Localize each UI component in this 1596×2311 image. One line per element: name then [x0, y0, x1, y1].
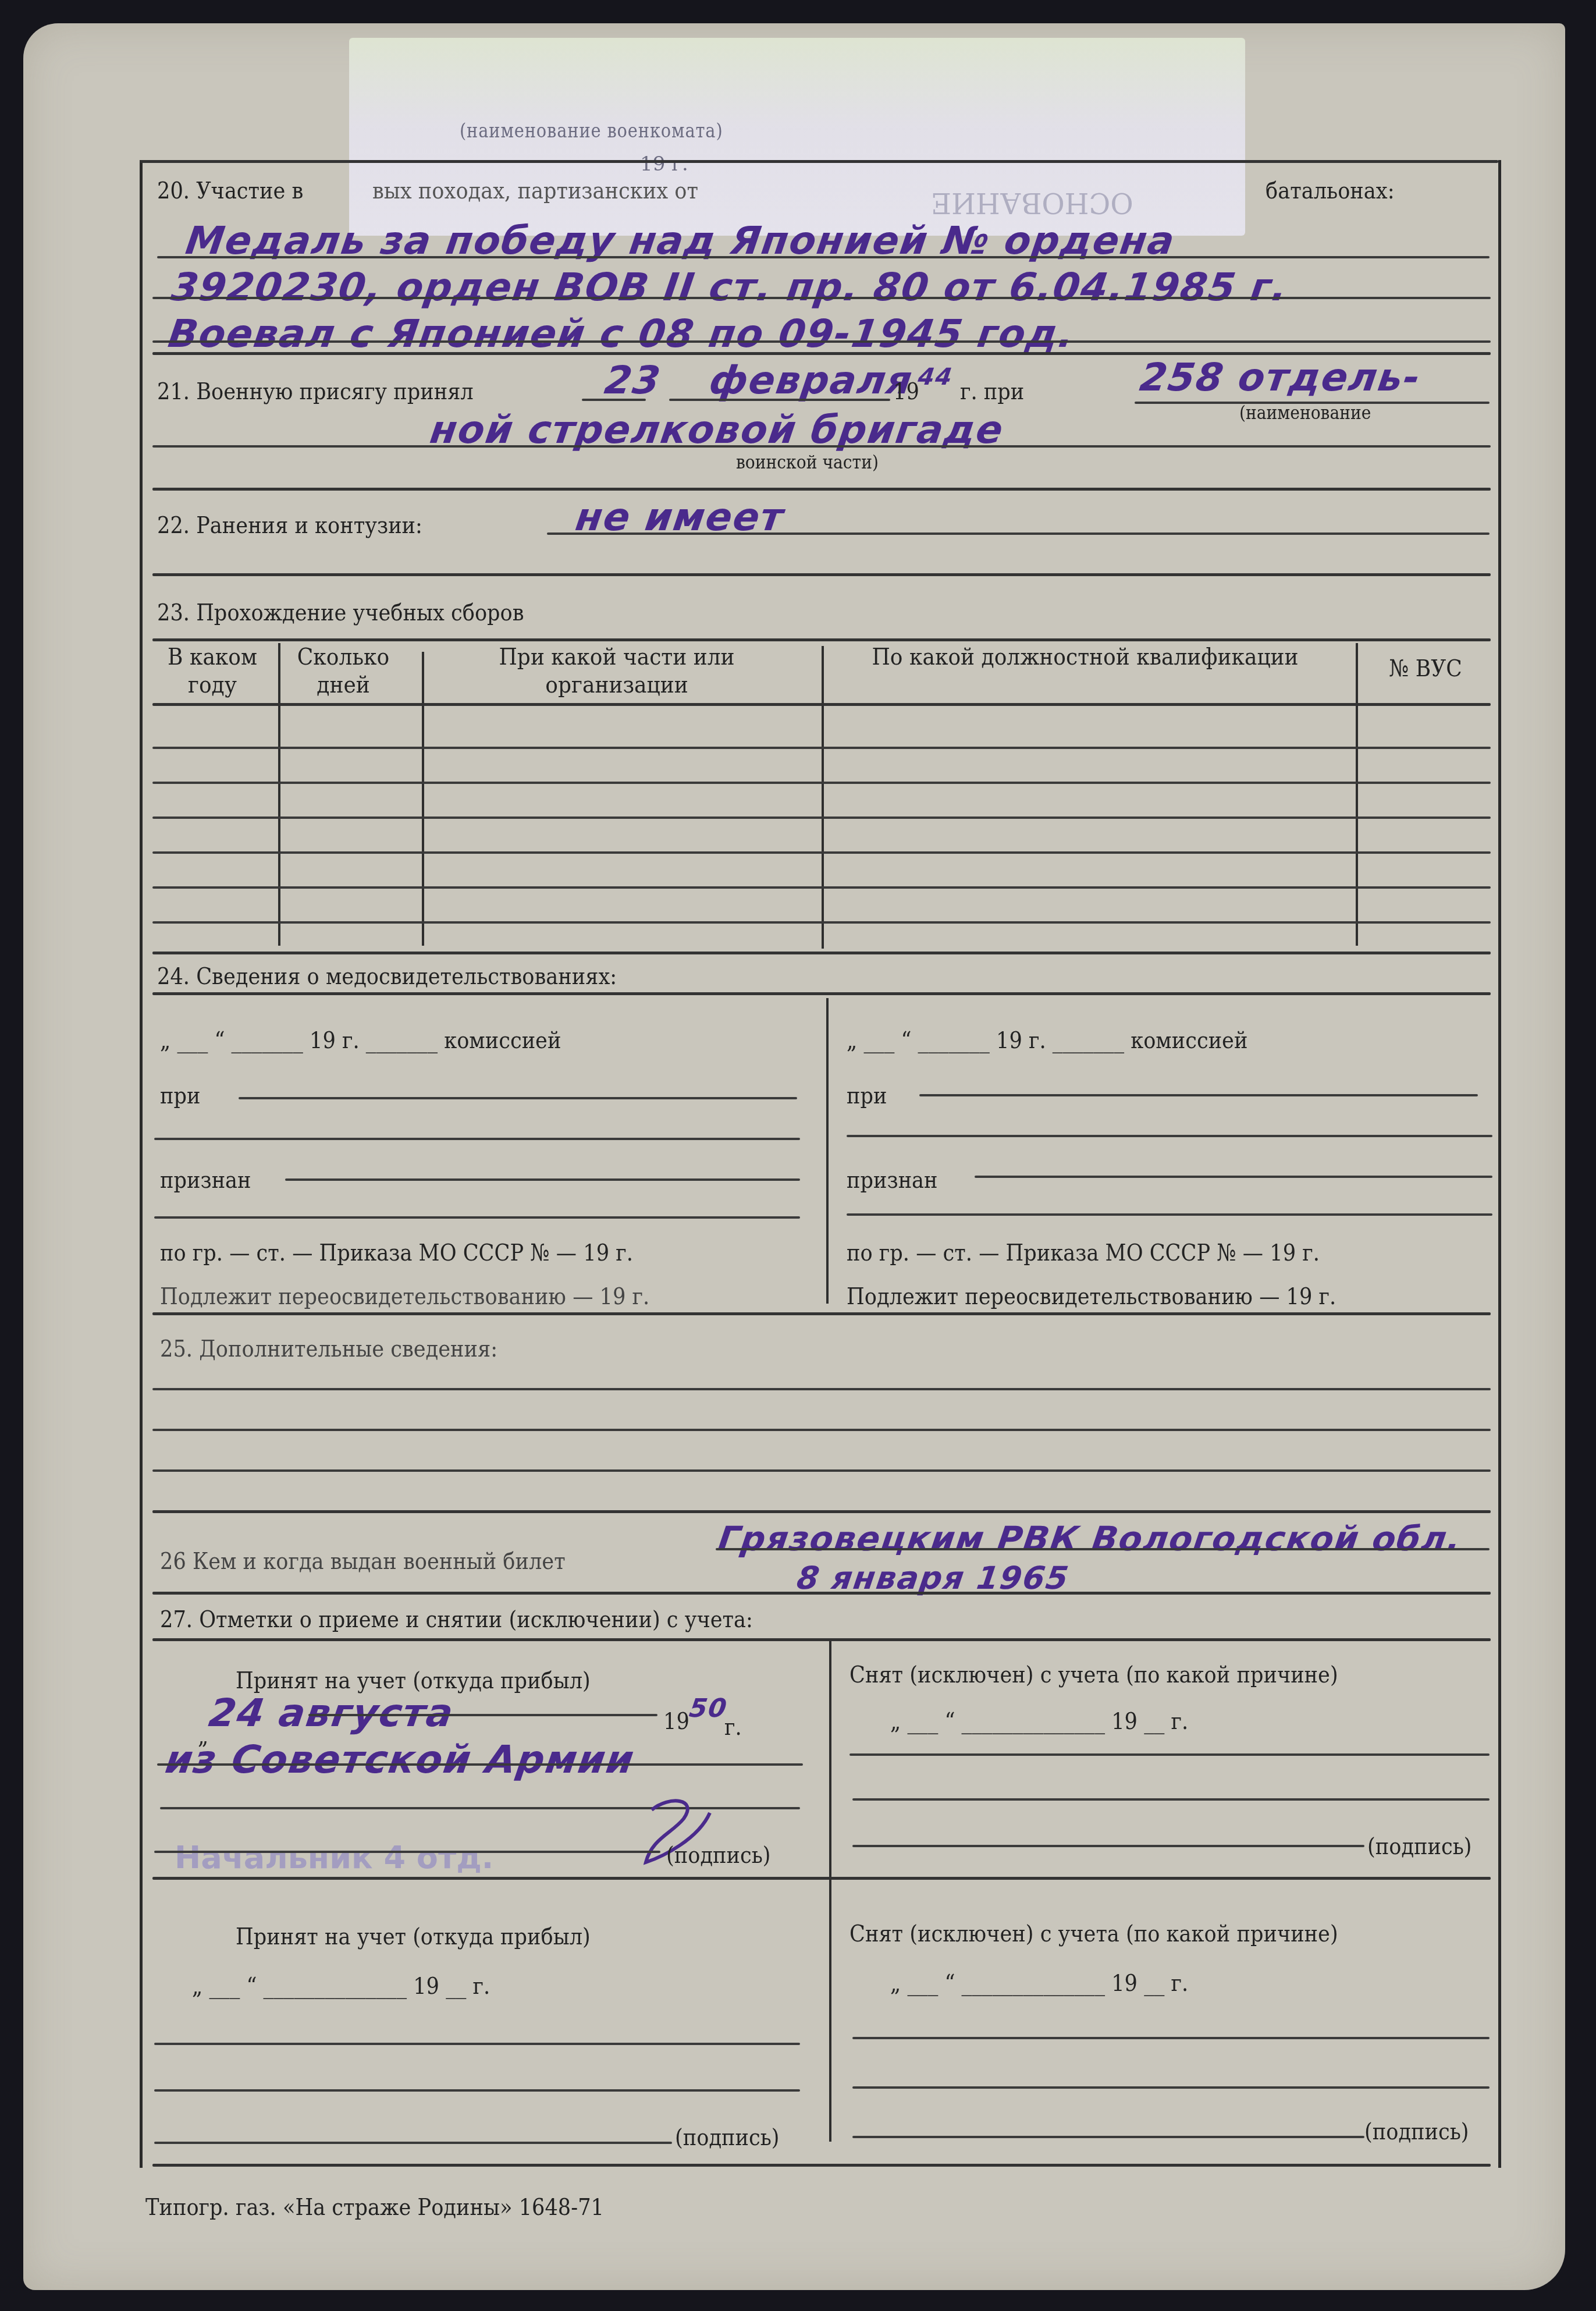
- col-header-qualification: По какой должностной квалификации: [858, 643, 1313, 671]
- accepted-1-year-unit: г.: [724, 1714, 742, 1741]
- med-left-date-line: „ ___ “ _______ 19 г. _______ комиссией: [160, 1027, 561, 1054]
- section24-label: 24. Сведения о медосвидетельствованиях:: [157, 963, 617, 990]
- oath-day: 23: [602, 358, 664, 403]
- section22-label: 22. Ранения и контузии:: [157, 512, 422, 539]
- accepted-1-date-rule: [308, 1714, 657, 1716]
- accepted-1-month: августа: [276, 1691, 457, 1735]
- accepted-1-year-prefix: 19: [663, 1708, 689, 1735]
- accepted-2-rule-1: [154, 2043, 800, 2045]
- form-bottom-rule: [152, 2164, 1491, 2167]
- oath-month-rule: [669, 399, 890, 401]
- section25-label: 25. Дополнительные сведения:: [160, 1336, 497, 1362]
- med-right-at-rule: [919, 1094, 1478, 1096]
- accepted-2-rule-2: [154, 2089, 800, 2092]
- med-right-rule-2: [847, 1135, 1492, 1137]
- col-header-days: Сколько дней: [280, 643, 406, 699]
- section20-handwritten-line3: Воевал с Японией с 08 по 09-1945 год.: [166, 311, 1078, 356]
- med-left-recognized: признан: [160, 1167, 251, 1194]
- removed-header-1: Снят (исключен) с учета (по какой причин…: [849, 1662, 1338, 1688]
- removed-2-signature-rule: [852, 2136, 1364, 2138]
- military-id-issuer: Грязовецким РВК Вологодской обл.: [716, 1519, 1464, 1559]
- col-divider-4: [1356, 643, 1358, 946]
- section24-divider: [826, 998, 829, 1304]
- med-right-reexam: Подлежит переосвидетельствованию — 19 г.: [847, 1283, 1336, 1310]
- med-right-rule-4: [847, 1213, 1492, 1216]
- med-right-at: при: [847, 1082, 887, 1109]
- section21-label: 21. Военную присягу принял: [157, 378, 474, 405]
- med-left-order-line: по гр. — ст. — Приказа МО СССР № — 19 г.: [160, 1240, 633, 1266]
- oath-unit-rule-2: [152, 445, 1491, 448]
- section22-bottom-rule: [152, 573, 1491, 576]
- section20-label-mid: вых походах, партизанских от: [372, 178, 698, 204]
- table-row: [152, 817, 1491, 819]
- col-header-year: В каком году: [155, 643, 270, 699]
- removed-2-rule-1: [852, 2037, 1490, 2039]
- accepted-header-2: Принят на учет (откуда прибыл): [236, 1923, 591, 1950]
- med-right-date-line: „ ___ “ _______ 19 г. _______ комиссией: [847, 1027, 1247, 1054]
- table-row: [152, 782, 1491, 784]
- med-left-reexam: Подлежит переосвидетельствованию — 19 г.: [160, 1283, 649, 1310]
- removed-header-2: Снят (исключен) с учета (по какой причин…: [849, 1920, 1338, 1947]
- col-divider-2: [422, 652, 424, 946]
- oath-year-prefix: 19: [893, 378, 919, 405]
- col-divider-3: [822, 646, 824, 949]
- removed-1-signature-caption: (подпись): [1367, 1833, 1472, 1860]
- accepted-1-rule-2: [157, 1763, 803, 1766]
- med-left-recognized-rule: [285, 1178, 800, 1181]
- section27-divider: [829, 1641, 831, 2142]
- section23-header-bottom-rule: [152, 703, 1491, 706]
- section25-bottom-rule: [152, 1510, 1491, 1513]
- oath-month: февраля: [707, 358, 916, 403]
- section27-top-rule: [152, 1638, 1491, 1641]
- table-row: [152, 747, 1491, 749]
- accepted-1-signature-rule: [154, 1851, 660, 1853]
- section27-label: 27. Отметки о приеме и снятии (исключени…: [160, 1606, 753, 1633]
- table-row: [152, 921, 1491, 924]
- removed-1-rule-1: [849, 1753, 1490, 1756]
- oath-year-suffix: 44: [916, 364, 955, 391]
- section23-label: 23. Прохождение учебных сборов: [157, 599, 524, 626]
- section20-handwritten-line2: 3920230, орден ВОВ II ст. пр. 80 от 6.04…: [169, 265, 1291, 310]
- section20-rule-2: [152, 297, 1491, 299]
- oath-caption-top: (наименование: [1239, 402, 1371, 424]
- chief-stamp: Начальник 4 отд.: [175, 1839, 493, 1876]
- oath-year-unit: г. при: [960, 378, 1024, 405]
- tape-caption: (наименование военкомата): [460, 119, 723, 143]
- table-row: [152, 851, 1491, 854]
- removed-2-date-template: „ ___ “ ______________ 19 __ г.: [890, 1970, 1188, 1997]
- oath-unit-line1: 258 отдель-: [1138, 355, 1424, 400]
- table-row: [152, 886, 1491, 889]
- accepted-1-year-suffix: 50: [687, 1694, 729, 1723]
- med-right-order-line: по гр. — ст. — Приказа МО СССР № — 19 г.: [847, 1240, 1320, 1266]
- section25-rule-2: [152, 1429, 1491, 1431]
- med-left-rule-4: [154, 1216, 800, 1219]
- accepted-2-signature-rule: [154, 2142, 672, 2144]
- section25-rule-1: [152, 1388, 1491, 1390]
- accepted-1-signature-caption: (подпись): [666, 1842, 771, 1869]
- section26-bottom-rule: [152, 1592, 1491, 1595]
- col-header-unit: При какой части или организации: [449, 643, 784, 699]
- section23-bottom-rule: [152, 952, 1491, 954]
- section21-bottom-rule: [152, 488, 1491, 491]
- section22-rule-1: [547, 533, 1490, 535]
- oath-caption-bottom: воинской части): [736, 451, 879, 473]
- med-left-at: при: [160, 1082, 200, 1109]
- section20-label-left: 20. Участие в: [157, 178, 303, 204]
- removed-1-date-template: „ ___ “ ______________ 19 __ г.: [890, 1708, 1188, 1735]
- section20-label-right: батальонах:: [1266, 178, 1395, 204]
- accepted-1-from: из Советской Армии: [163, 1737, 638, 1782]
- med-right-recognized-rule: [975, 1176, 1492, 1178]
- military-id-date: 8 января 1965: [795, 1560, 1072, 1596]
- removed-2-signature-caption: (подпись): [1364, 2118, 1469, 2145]
- printer-imprint: Типогр. газ. «На страже Родины» 1648-71: [145, 2194, 604, 2221]
- section20-rule-1: [157, 256, 1490, 258]
- removed-1-signature-rule: [852, 1845, 1364, 1847]
- med-left-rule-2: [154, 1138, 800, 1140]
- oath-day-rule: [582, 399, 646, 401]
- section24-bottom-rule: [152, 1312, 1491, 1315]
- section23-header-top-rule: [152, 638, 1491, 641]
- accepted-1-day: 24: [207, 1691, 269, 1735]
- col-divider-1: [278, 643, 280, 946]
- section20-rule-3: [152, 340, 1491, 343]
- med-right-recognized: признан: [847, 1167, 938, 1194]
- removed-2-rule-2: [852, 2086, 1490, 2089]
- removed-1-rule-2: [852, 1798, 1490, 1801]
- section26-rule-1: [716, 1548, 1490, 1550]
- accepted-2-signature-caption: (подпись): [675, 2124, 780, 2151]
- section24-top-rule: [152, 992, 1491, 995]
- col-header-vus: № ВУС: [1368, 655, 1483, 683]
- accepted-2-date-template: „ ___ “ ______________ 19 __ г.: [192, 1973, 490, 2000]
- frame-top-rule: [140, 160, 1498, 163]
- med-left-at-rule: [239, 1097, 797, 1099]
- section27-mid-rule: [152, 1877, 1491, 1880]
- section26-label: 26 Кем и когда выдан военный билет: [160, 1548, 566, 1575]
- section25-rule-3: [152, 1469, 1491, 1472]
